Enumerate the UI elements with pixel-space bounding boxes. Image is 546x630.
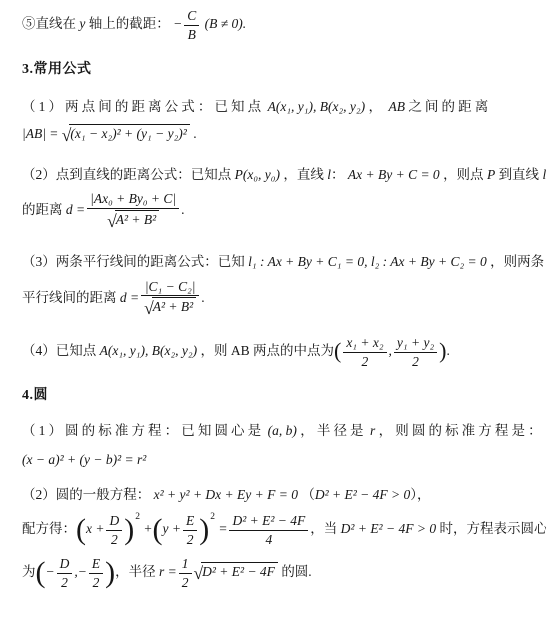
fraction-y-mid: y₁ + y₂2 bbox=[394, 335, 437, 369]
para-circle-standard: （1）圆的标准方程：已知圆心是 (a, b) ，半径是 r ，则圆的标准方程是： bbox=[22, 419, 532, 439]
center-ab: (a, b) bbox=[268, 423, 297, 438]
points-ab: A(x₁, y₁), B(x₂, y₂) bbox=[268, 99, 365, 114]
period: . bbox=[446, 344, 449, 359]
points-ab: A(x₁, y₁), B(x₂, y₂) bbox=[100, 344, 197, 359]
segment-ab: AB bbox=[388, 99, 405, 114]
period: . bbox=[201, 290, 204, 305]
text-segment: 的距离 bbox=[22, 202, 63, 217]
para-parallel-lines: （3）两条平行线间的距离公式：已知 l₁ : Ax + By + C₁ = 0,… bbox=[22, 250, 532, 270]
fraction-denominator: 2 bbox=[183, 531, 197, 548]
formula-center-radius: 为(−D2,−E2)，半径 r =12√D² + E² − 4F 的圆. bbox=[22, 556, 532, 590]
section-heading-circle: 4.圆 bbox=[22, 384, 532, 404]
fraction-denominator: 2 bbox=[343, 353, 386, 370]
period: . bbox=[193, 126, 196, 141]
fraction-numerator: y₁ + y₂ bbox=[394, 335, 437, 353]
text-segment: （2）点到直线的距离公式：已知点 bbox=[22, 167, 231, 182]
radius-r: r bbox=[370, 423, 375, 438]
close-paren: ) bbox=[199, 513, 209, 546]
text-segment: ，半径 bbox=[115, 564, 156, 579]
discriminant-condition: D² + E² − 4F > 0 bbox=[315, 487, 410, 502]
fraction-numerator: 1 bbox=[179, 556, 192, 574]
fraction-e-over-2: E2 bbox=[183, 513, 197, 547]
formula-lhs: d = bbox=[66, 202, 85, 217]
text-segment: 平行线间的距离 bbox=[22, 290, 117, 305]
document-page: ⑤直线在 y 轴上的截距： −CB (B ≠ 0). 3.常用公式 （1）两点间… bbox=[0, 0, 546, 590]
discriminant-condition: D² + E² − 4F > 0 bbox=[341, 521, 436, 536]
para-midpoint: （4）已知点 A(x₁, y₁), B(x₂, y₂) ，则 AB 两点的中点为… bbox=[22, 335, 532, 369]
text-segment: ，当 bbox=[310, 521, 337, 536]
text-segment: （1）圆的标准方程：已知圆心是 bbox=[22, 423, 264, 438]
fraction-numerator: |C₁ − C₂| bbox=[141, 279, 199, 297]
fraction-denominator: √A² + B² bbox=[141, 296, 199, 318]
formula-distance-two-points: |AB| = √(x₁ − x₂)² + (y₁ − y₂)² . bbox=[22, 124, 532, 146]
close-paren: ) bbox=[105, 556, 115, 589]
text-segment: ）， bbox=[410, 487, 430, 502]
minus-sign: − bbox=[173, 16, 182, 31]
square-root: √A² + B² bbox=[144, 297, 196, 318]
text-segment: 时，方程表示圆心 bbox=[439, 521, 546, 536]
fraction-e-over-2: E2 bbox=[89, 556, 103, 590]
text-segment: ，则圆的标准方程是： bbox=[379, 423, 545, 438]
fraction-numerator: x₁ + x₂ bbox=[343, 335, 386, 353]
square-root: √(x₁ − x₂)² + (y₁ − y₂)² bbox=[62, 124, 190, 146]
exponent-2: 2 bbox=[210, 512, 215, 522]
intercept-line: ⑤直线在 y 轴上的截距： −CB (B ≠ 0). bbox=[22, 8, 532, 42]
square-root: √A² + B² bbox=[107, 210, 159, 231]
open-paren: ( bbox=[76, 513, 86, 546]
two-line-equations: l₁ : Ax + By + C₁ = 0, l₂ : Ax + By + C₂… bbox=[248, 254, 487, 269]
y-plus: y + bbox=[162, 521, 180, 536]
fraction-x-mid: x₁ + x₂2 bbox=[343, 335, 386, 369]
fraction: |C₁ − C₂|√A² + B² bbox=[141, 279, 199, 319]
fraction: |Ax₀ + By₀ + C|√A² + B² bbox=[87, 191, 179, 231]
text-segment: ： bbox=[331, 167, 345, 182]
intercept-text-post: 轴上的截距： bbox=[89, 16, 170, 31]
y-variable: y bbox=[79, 16, 85, 31]
text-segment: 之间的距离 bbox=[408, 99, 491, 114]
text-segment: ，则两条 bbox=[490, 254, 544, 269]
radicand: (x₁ − x₂)² + (y₁ − y₂)² bbox=[69, 124, 189, 142]
open-paren: ( bbox=[334, 338, 341, 363]
x-plus: x + bbox=[86, 521, 104, 536]
equals-sign: = bbox=[218, 521, 227, 536]
fraction-d-over-2: D2 bbox=[57, 556, 73, 590]
open-paren: ( bbox=[152, 513, 162, 546]
fraction-discriminant: D² + E² − 4F4 bbox=[229, 513, 308, 547]
exponent-2: 2 bbox=[135, 512, 140, 522]
fraction-denominator: 2 bbox=[394, 353, 437, 370]
text-segment: 为 bbox=[22, 564, 36, 579]
fraction-numerator: |Ax₀ + By₀ + C| bbox=[87, 191, 179, 209]
fraction-denominator: 2 bbox=[89, 574, 103, 591]
fraction-denominator: 2 bbox=[106, 531, 122, 548]
point-p2: P bbox=[487, 167, 495, 182]
fraction-denominator: 2 bbox=[179, 574, 192, 591]
fraction-denominator: 4 bbox=[229, 531, 308, 548]
point-p: P(x₀, y₀) bbox=[235, 167, 280, 182]
fraction-numerator: D bbox=[106, 513, 122, 531]
formula-circle-standard: (x − a)² + (y − b)² = r² bbox=[22, 452, 532, 468]
text-segment: 到直线 bbox=[499, 167, 540, 182]
minus-sign: − bbox=[78, 564, 87, 579]
fraction-denominator: B bbox=[184, 26, 199, 43]
text-segment: （3）两条平行线间的距离公式：已知 bbox=[22, 254, 245, 269]
period: . bbox=[181, 202, 184, 217]
fraction-numerator: C bbox=[184, 8, 199, 26]
formula-point-to-line: 的距离 d =|Ax₀ + By₀ + C|√A² + B². bbox=[22, 191, 532, 231]
square-root: √D² + E² − 4F bbox=[194, 562, 278, 584]
minus-sign: − bbox=[46, 564, 55, 579]
formula-completed-square: 配方得：(x +D2)2 +(y +E2)2 =D² + E² − 4F4，当 … bbox=[22, 512, 532, 547]
formula-parallel-lines: 平行线间的距离 d =|C₁ − C₂|√A² + B². bbox=[22, 279, 532, 319]
fraction-denominator: 2 bbox=[57, 574, 73, 591]
formula-lhs: |AB| = bbox=[22, 126, 58, 141]
comma: , bbox=[389, 344, 392, 359]
fraction-one-half: 12 bbox=[179, 556, 192, 590]
radicand: A² + B² bbox=[115, 210, 159, 228]
text-segment: 的圆. bbox=[281, 564, 311, 579]
para-distance-two-points: （1）两点间的距离公式：已知点 A(x₁, y₁), B(x₂, y₂) ， A… bbox=[22, 95, 532, 115]
line-equation: Ax + By + C = 0 bbox=[348, 167, 440, 182]
fraction-numerator: E bbox=[183, 513, 197, 531]
radicand: A² + B² bbox=[152, 297, 196, 315]
text-segment: ，则 AB 两点的中点为 bbox=[200, 344, 334, 359]
intercept-text-pre: ⑤直线在 bbox=[22, 16, 76, 31]
close-paren: ) bbox=[439, 338, 446, 363]
intercept-condition: (B ≠ 0). bbox=[205, 16, 247, 31]
text-segment: 配方得： bbox=[22, 521, 76, 536]
text-segment: ， bbox=[368, 99, 385, 114]
formula-lhs: d = bbox=[120, 290, 139, 305]
text-segment: （2）圆的一般方程： bbox=[22, 487, 150, 502]
line-l2: l bbox=[542, 167, 546, 182]
text-segment: ，则点 bbox=[443, 167, 484, 182]
fraction-d-over-2: D2 bbox=[106, 513, 122, 547]
para-point-to-line: （2）点到直线的距离公式：已知点 P(x₀, y₀) ，直线 l： Ax + B… bbox=[22, 163, 532, 183]
close-paren: ) bbox=[124, 513, 134, 546]
fraction-numerator: E bbox=[89, 556, 103, 574]
fraction-denominator: √A² + B² bbox=[87, 209, 179, 231]
fraction-c-over-b: CB bbox=[184, 8, 199, 42]
general-equation: x² + y² + Dx + Ey + F = 0 bbox=[154, 487, 298, 502]
radicand: D² + E² − 4F bbox=[201, 562, 278, 580]
para-circle-general: （2）圆的一般方程： x² + y² + Dx + Ey + F = 0 （D²… bbox=[22, 483, 532, 503]
fraction-numerator: D bbox=[57, 556, 73, 574]
text-segment: ，直线 bbox=[283, 167, 324, 182]
text-segment: ，半径是 bbox=[300, 423, 366, 438]
section-heading-formulas: 3.常用公式 bbox=[22, 58, 532, 78]
open-paren: ( bbox=[36, 556, 46, 589]
radius-equals: r = bbox=[159, 564, 177, 579]
fraction-numerator: D² + E² − 4F bbox=[229, 513, 308, 531]
text-segment: （4）已知点 bbox=[22, 344, 96, 359]
text-segment: （ bbox=[301, 487, 315, 502]
text-segment: （1）两点间的距离公式：已知点 bbox=[22, 99, 264, 114]
